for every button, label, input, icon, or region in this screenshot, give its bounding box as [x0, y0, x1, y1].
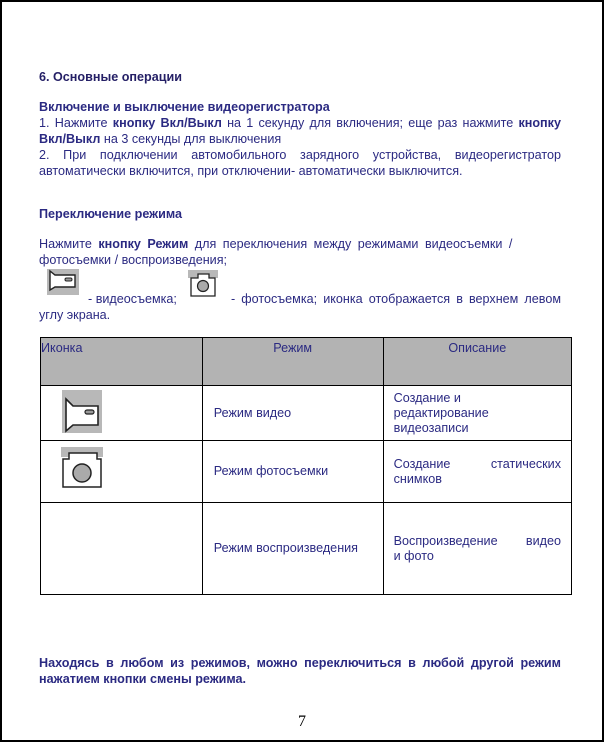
video-camera-icon	[47, 269, 79, 295]
description-line: Создание статических	[394, 457, 561, 472]
mode-cell: Режим воспроизведения	[202, 503, 383, 595]
description-cell: Создание статических снимков	[383, 441, 571, 503]
table-row: Режим видео Создание и редактирование ви…	[41, 386, 572, 441]
bold-text: кнопку Режим	[98, 237, 188, 251]
description-line: Воспроизведение видео	[394, 534, 561, 549]
bold-text: Вкл/Выкл	[39, 132, 100, 146]
power-item-1-line-2: Вкл/Выкл на 3 секунды для выключения	[39, 131, 281, 147]
header-mode: Режим	[202, 338, 383, 386]
modes-table: Иконка Режим Описание Режим видео Создан…	[40, 337, 572, 595]
description-line: снимков	[394, 472, 561, 487]
photo-camera-icon	[188, 270, 218, 298]
bold-text: кнопку	[518, 116, 561, 130]
description-line: Создание и	[394, 391, 561, 406]
header-icon: Иконка	[41, 338, 203, 386]
section-title: 6. Основные операции	[39, 69, 182, 85]
bold-text: кнопку Вкл/Выкл	[113, 116, 222, 130]
description-line: видеозаписи	[394, 421, 561, 436]
power-heading: Включение и выключение видеорегистратора	[39, 99, 330, 115]
text: 1. Нажмите	[39, 116, 113, 130]
description-line: и фото	[394, 549, 561, 564]
description-cell: Создание и редактирование видеозаписи	[383, 386, 571, 441]
mode-cell: Режим фотосъемки	[202, 441, 383, 503]
photo-camera-icon	[61, 447, 103, 492]
footer-note-line-1: Находясь в любом из режимов, можно перек…	[39, 655, 561, 671]
page-number: 7	[0, 713, 604, 731]
mode-switch-line-2: фотосъемки / воспроизведения;	[39, 252, 227, 268]
table-header-row: Иконка Режим Описание	[41, 338, 572, 386]
power-item-2-line-1: 2. При подключении автомобильного зарядн…	[39, 147, 561, 163]
table-row: Режим фотосъемки Создание статических сн…	[41, 441, 572, 503]
description-line: редактирование	[394, 406, 561, 421]
mode-switch-line-4: углу экрана.	[39, 307, 110, 323]
icon-cell	[41, 441, 203, 503]
text: на 3 секунды для выключения	[100, 132, 281, 146]
video-mode-label: - видеосъемка;	[88, 291, 177, 307]
mode-cell: Режим видео	[202, 386, 383, 441]
mode-switch-heading: Переключение режима	[39, 206, 182, 222]
footer-note-line-2: нажатием кнопки смены режима.	[39, 671, 246, 687]
text: на 1 секунду для включения; еще раз нажм…	[222, 116, 519, 130]
power-item-2-line-2: автоматически включится, при отключении-…	[39, 163, 463, 179]
power-item-1-line-1: 1. Нажмите кнопку Вкл/Выкл на 1 секунду …	[39, 115, 561, 131]
photo-mode-label: - фотосъемка; иконка отображается в верх…	[231, 291, 561, 307]
video-camera-icon	[62, 390, 102, 433]
description-cell: Воспроизведение видео и фото	[383, 503, 571, 595]
text: для переключения между режимами видеосъе…	[188, 237, 512, 251]
header-description: Описание	[383, 338, 571, 386]
mode-switch-line-1: Нажмите кнопку Режим для переключения ме…	[39, 236, 539, 252]
table-row: Режим воспроизведения Воспроизведение ви…	[41, 503, 572, 595]
text: Нажмите	[39, 237, 98, 251]
icon-cell	[41, 386, 203, 441]
icon-cell	[41, 503, 203, 595]
